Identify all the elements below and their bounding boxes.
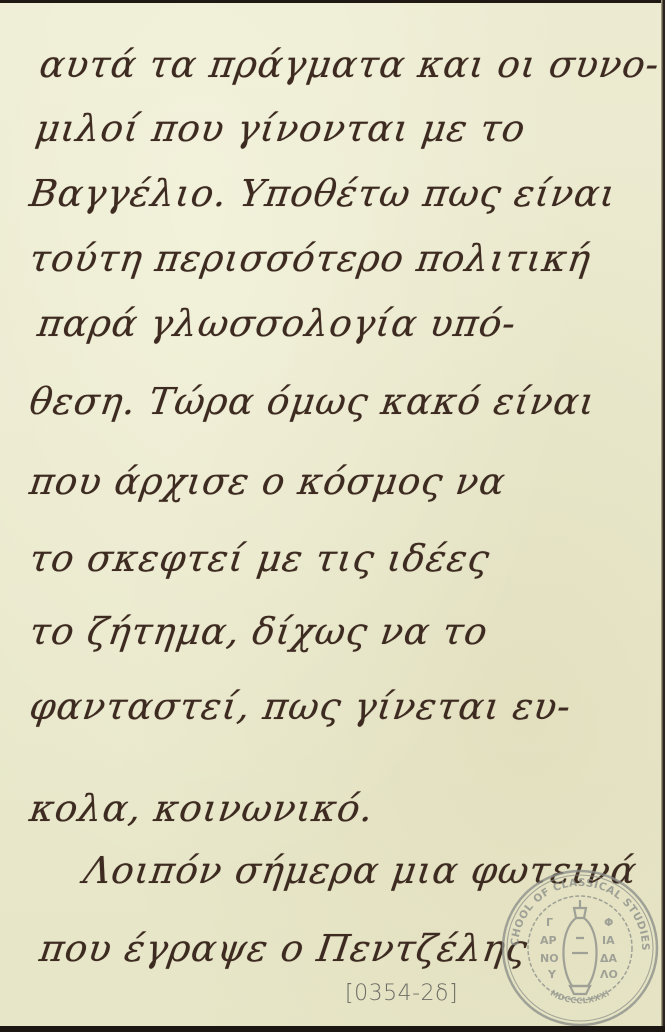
text-line-13: που έγραψε ο Πεντζέλης	[37, 930, 530, 967]
svg-text:ΛΟ: ΛΟ	[600, 968, 618, 981]
svg-text:ΝΟ: ΝΟ	[540, 952, 559, 965]
text-line-9: το ζήτημα, δίχως να το	[27, 613, 490, 650]
text-line-2: μιλοί που γίνονται με το	[33, 110, 528, 147]
svg-text:Φ: Φ	[604, 916, 613, 929]
text-line-6: θεση. Τώρα όμως κακό είναι	[27, 383, 598, 420]
svg-text:MDCCCLXXXI: MDCCCLXXXI	[549, 988, 612, 1005]
text-line-10: φανταστεί, πως γίνεται ευ-	[27, 688, 573, 725]
svg-text:AMERICAN SCHOOL OF CLASSICAL S: AMERICAN SCHOOL OF CLASSICAL STUDIES AT …	[500, 868, 651, 951]
svg-text:Υ: Υ	[547, 968, 557, 981]
text-line-11: κολα, κοινωνικό.	[27, 790, 376, 827]
letter-page: αυτά τα πράγματα και οι συνο- μιλοί που …	[0, 3, 661, 1027]
text-line-3: Βαγγέλιο. Υποθέτω πως είναι	[27, 175, 618, 212]
seal-icon: AMERICAN SCHOOL OF CLASSICAL STUDIES AT …	[500, 868, 660, 1027]
archive-reference-number: [0354-2δ]	[345, 981, 458, 1006]
text-line-8: το σκεφτεί με τις ιδέες	[27, 540, 492, 577]
text-line-1: αυτά τα πράγματα και οι συνο-	[37, 46, 661, 83]
svg-text:ΙΑ: ΙΑ	[602, 934, 615, 947]
library-seal-stamp: AMERICAN SCHOOL OF CLASSICAL STUDIES AT …	[500, 868, 660, 1027]
scan-right-border	[661, 0, 665, 1032]
text-line-4: τούτη περισσότερο πολιτική	[27, 240, 593, 277]
svg-text:ΑΡ: ΑΡ	[540, 934, 557, 947]
text-line-7: που άρχισε ο κόσμος να	[27, 463, 508, 500]
scan-bottom-border	[0, 1026, 665, 1032]
svg-text:ΔΑ: ΔΑ	[600, 952, 618, 965]
svg-text:Γ: Γ	[546, 916, 553, 929]
text-line-5: παρά γλωσσολογία υπό-	[35, 305, 518, 342]
